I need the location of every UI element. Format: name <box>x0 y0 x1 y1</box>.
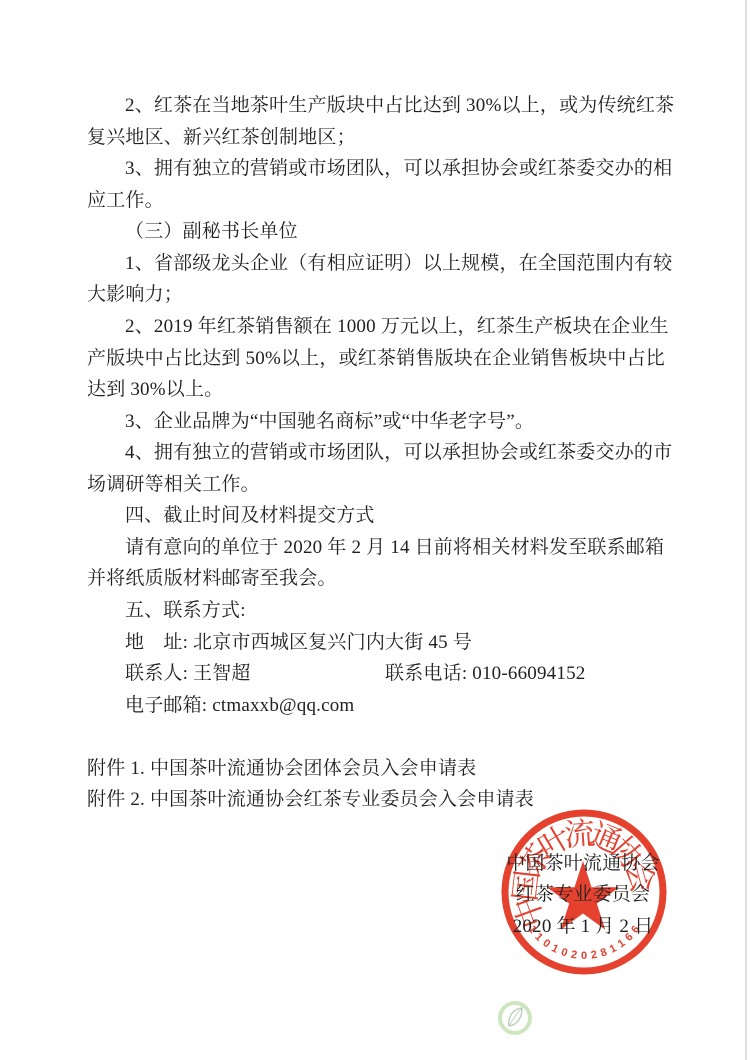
page-edge-line <box>745 0 747 1060</box>
attachment-line-2: 附件 2. 中国茶叶流通协会红茶专业委员会入会申请表 <box>87 784 663 816</box>
leaf-watermark-icon <box>496 999 534 1037</box>
body-line: 3、拥有独立的营销或市场团队，可以承担协会或红茶委交办的相 <box>87 153 663 185</box>
body-line: 3、企业品牌为“中国驰名商标”或“中华老字号”。 <box>87 406 663 438</box>
body-line: 达到 30%以上。 <box>87 374 663 406</box>
attachment-line-1: 附件 1. 中国茶叶流通协会团体会员入会申请表 <box>87 753 663 785</box>
blank-line <box>87 721 663 753</box>
document-body: 2、红茶在当地茶叶生产版块中占比达到 30%以上，或为传统红茶 复兴地区、新兴红… <box>87 90 663 816</box>
body-line: 2、红茶在当地茶叶生产版块中占比达到 30%以上，或为传统红茶 <box>87 90 663 122</box>
signature-block: 中国茶叶流通协会 红茶专业委员会 2020 年 1 月 2 日 <box>488 848 678 943</box>
svg-text:8: 8 <box>599 946 609 959</box>
svg-text:0: 0 <box>559 946 569 959</box>
signature-org-line2: 红茶专业委员会 <box>488 879 678 911</box>
email-line: 电子邮箱: ctmaxxb@qq.com <box>87 690 663 722</box>
contact-line: 联系人: 王智超 联系电话: 010-66094152 <box>87 658 663 690</box>
body-line: 4、拥有独立的营销或市场团队，可以承担协会或红茶委交办的市 <box>87 437 663 469</box>
svg-text:1: 1 <box>608 942 619 955</box>
section-heading-line: （三）副秘书长单位 <box>87 216 663 248</box>
document-page: 中国茶叶流通协会 1101020281166 2、红茶在当地茶叶生产版块中占比达… <box>0 0 750 1060</box>
signature-date: 2020 年 1 月 2 日 <box>488 911 678 943</box>
svg-text:1: 1 <box>549 942 560 955</box>
svg-text:0: 0 <box>581 950 587 962</box>
body-line: 产版块中占比达到 50%以上，或红茶销售版块在企业销售板块中占比 <box>87 343 663 375</box>
body-line: 场调研等相关工作。 <box>87 469 663 501</box>
body-line: 大影响力； <box>87 279 663 311</box>
body-line: 应工作。 <box>87 185 663 217</box>
section-heading-line: 四、截止时间及材料提交方式 <box>87 500 663 532</box>
signature-org-line1: 中国茶叶流通协会 <box>488 848 678 880</box>
body-line: 1、省部级龙头企业（有相应证明）以上规模，在全国范围内有较 <box>87 248 663 280</box>
section-heading-line: 五、联系方式: <box>87 595 663 627</box>
body-line: 2、2019 年红茶销售额在 1000 万元以上，红茶生产板块在企业生 <box>87 311 663 343</box>
body-line: 请有意向的单位于 2020 年 2 月 14 日前将相关材料发至联系邮箱 <box>87 532 663 564</box>
svg-text:2: 2 <box>570 949 578 962</box>
address-line: 地 址: 北京市西城区复兴门内大街 45 号 <box>87 627 663 659</box>
body-line: 并将纸质版材料邮寄至我会。 <box>87 563 663 595</box>
svg-text:2: 2 <box>590 949 598 962</box>
body-line: 复兴地区、新兴红茶创制地区； <box>87 122 663 154</box>
